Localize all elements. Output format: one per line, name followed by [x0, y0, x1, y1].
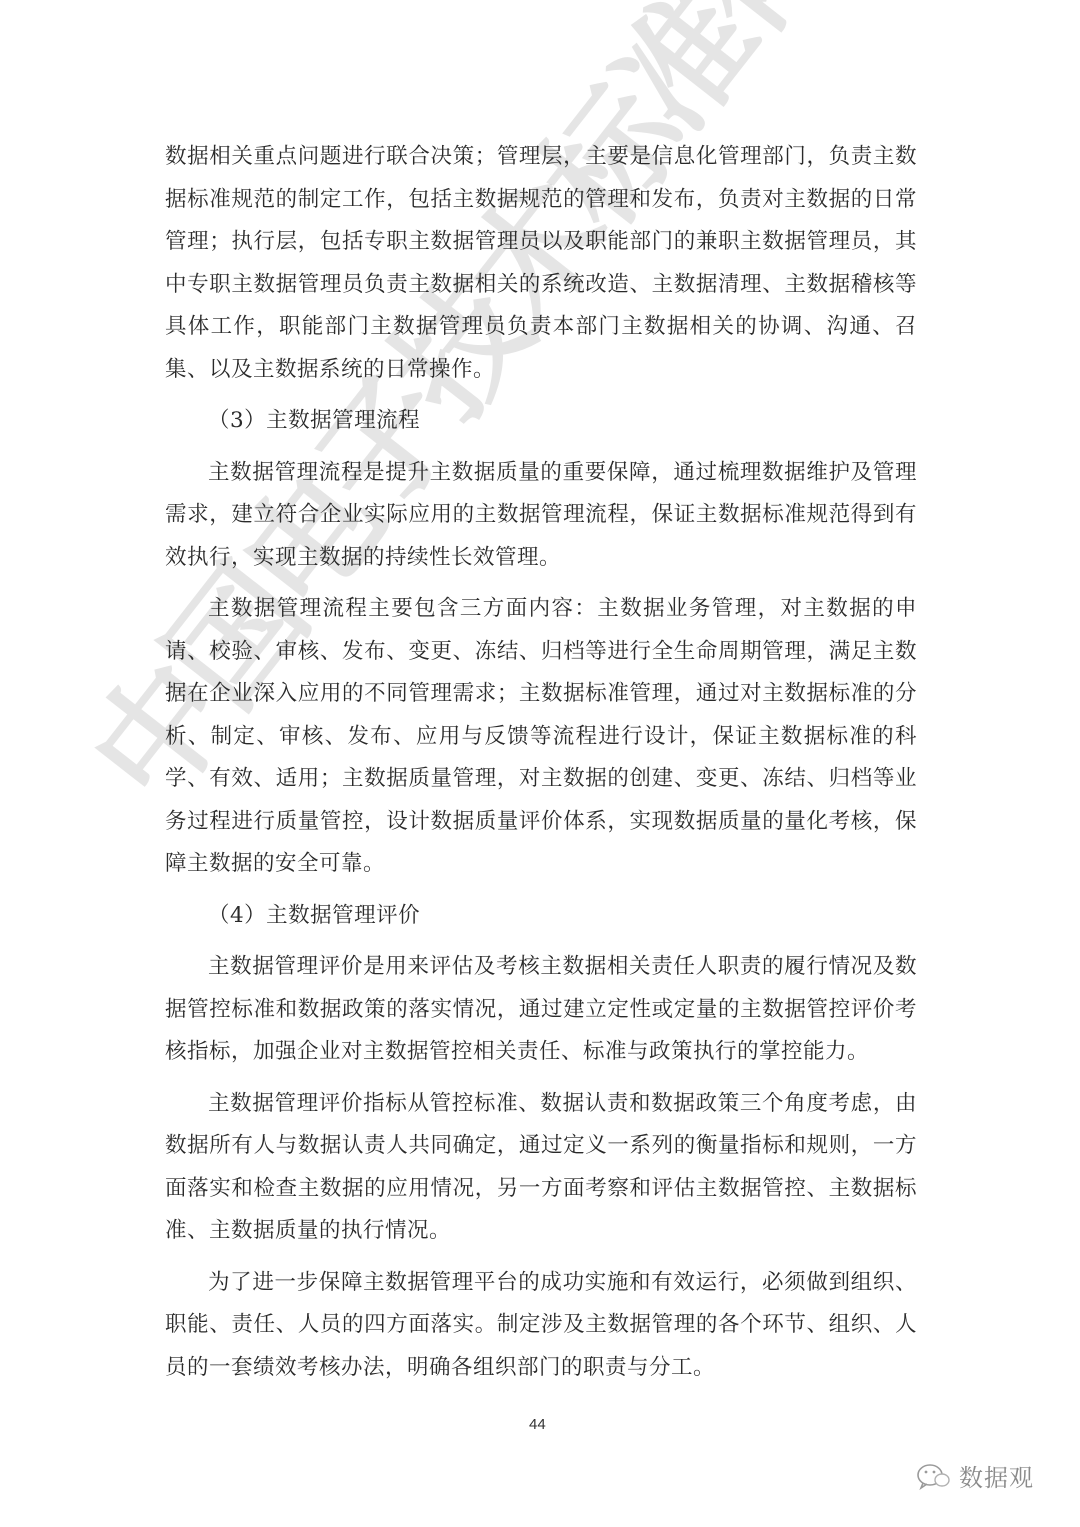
paragraph-process-contents: 主数据管理流程主要包含三方面内容：主数据业务管理，对主数据的申请、校验、审核、发…	[165, 588, 917, 886]
paragraph-evaluation-indicators: 主数据管理评价指标从管控标准、数据认责和数据政策三个角度考虑，由数据所有人与数据…	[165, 1083, 917, 1253]
section-heading-mdm-evaluation: （4）主数据管理评价	[165, 895, 917, 938]
wechat-icon	[915, 1461, 951, 1491]
document-page: 中国电子技术标准化研究院 数据相关重点问题进行联合决策；管理层，主要是信息化管理…	[0, 0, 1080, 1527]
source-badge-label: 数据观	[959, 1458, 1034, 1493]
paragraph-evaluation-intro: 主数据管理评价是用来评估及考核主数据相关责任人职责的履行情况及数据管控标准和数据…	[165, 946, 917, 1074]
paragraph-implementation: 为了进一步保障主数据管理平台的成功实施和有效运行，必须做到组织、职能、责任、人员…	[165, 1262, 917, 1390]
document-body: 数据相关重点问题进行联合决策；管理层，主要是信息化管理部门，负责主数据标准规范的…	[165, 136, 917, 1389]
section-heading-mdm-process: （3）主数据管理流程	[165, 400, 917, 443]
paragraph-governance-layers: 数据相关重点问题进行联合决策；管理层，主要是信息化管理部门，负责主数据标准规范的…	[165, 136, 917, 391]
page-number: 44	[529, 1416, 546, 1433]
source-badge: 数据观	[915, 1458, 1034, 1493]
paragraph-process-intro: 主数据管理流程是提升主数据质量的重要保障，通过梳理数据维护及管理需求，建立符合企…	[165, 452, 917, 580]
